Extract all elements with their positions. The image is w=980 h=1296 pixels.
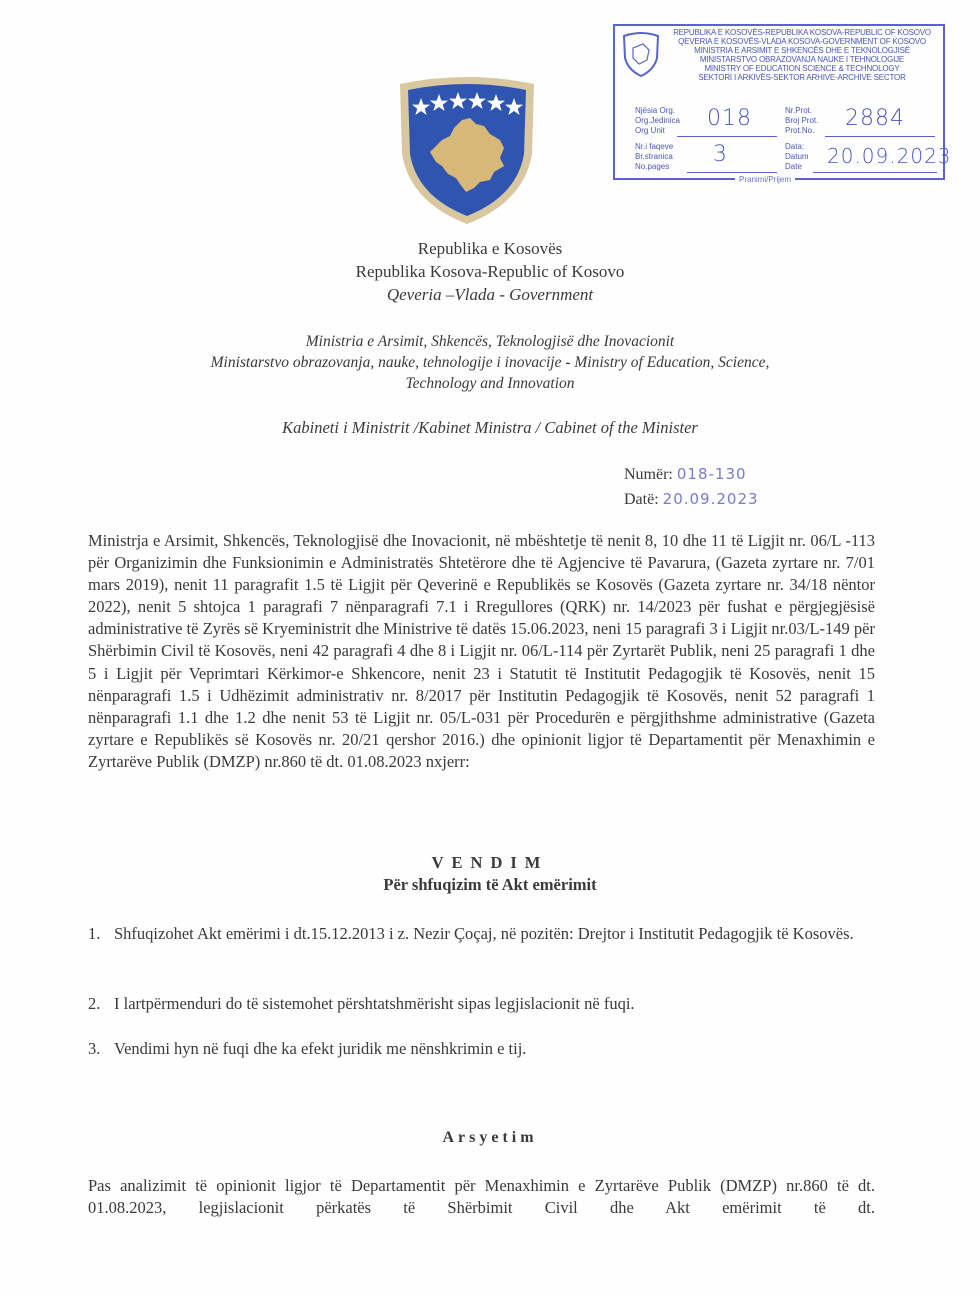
- decision-item: 2.I lartpërmenduri do të sistemohet përs…: [88, 993, 875, 1015]
- protocol-number-value: 2884: [845, 106, 905, 131]
- document-page: Republika e Kosovës-Republika Kosova-Rep…: [0, 0, 980, 1296]
- kosovo-coat-of-arms-icon: [396, 74, 538, 226]
- reasoning-heading: Arsyetim: [0, 1129, 980, 1147]
- reference-date: 20.09.2023: [663, 490, 759, 508]
- decision-item: 1.Shfuqizohet Akt emërimi i dt.15.12.201…: [88, 923, 875, 945]
- reasoning-paragraph: Pas analizimit të opinionit ligjor të De…: [88, 1175, 875, 1219]
- reference-block: Numër: 018-130 Datë: 20.09.2023: [624, 462, 759, 512]
- stamp-crest-icon: [621, 30, 661, 78]
- org-unit-value: 018: [707, 106, 752, 131]
- preamble-paragraph: Ministrja e Arsimit, Shkencës, Teknologj…: [88, 530, 875, 773]
- decision-heading: VENDIM Për shfuqizim të Akt emërimit: [0, 852, 980, 896]
- decision-item: 3.Vendimi hyn në fuqi dhe ka efekt jurid…: [88, 1038, 875, 1060]
- pages-value: 3: [713, 142, 728, 167]
- ministry-header: Ministria e Arsimit, Shkencës, Teknologj…: [0, 331, 980, 394]
- reference-number: 018-130: [677, 465, 747, 483]
- stamp-date-value: 20.09.2023: [827, 144, 952, 168]
- cabinet-header: Kabineti i Ministrit /Kabinet Ministra /…: [0, 418, 980, 438]
- government-header: Republika e Kosovës Republika Kosova-Rep…: [0, 237, 980, 306]
- stamp-header: Republika e Kosovës-Republika Kosova-Rep…: [665, 28, 939, 82]
- archive-stamp: Republika e Kosovës-Republika Kosova-Rep…: [613, 24, 945, 180]
